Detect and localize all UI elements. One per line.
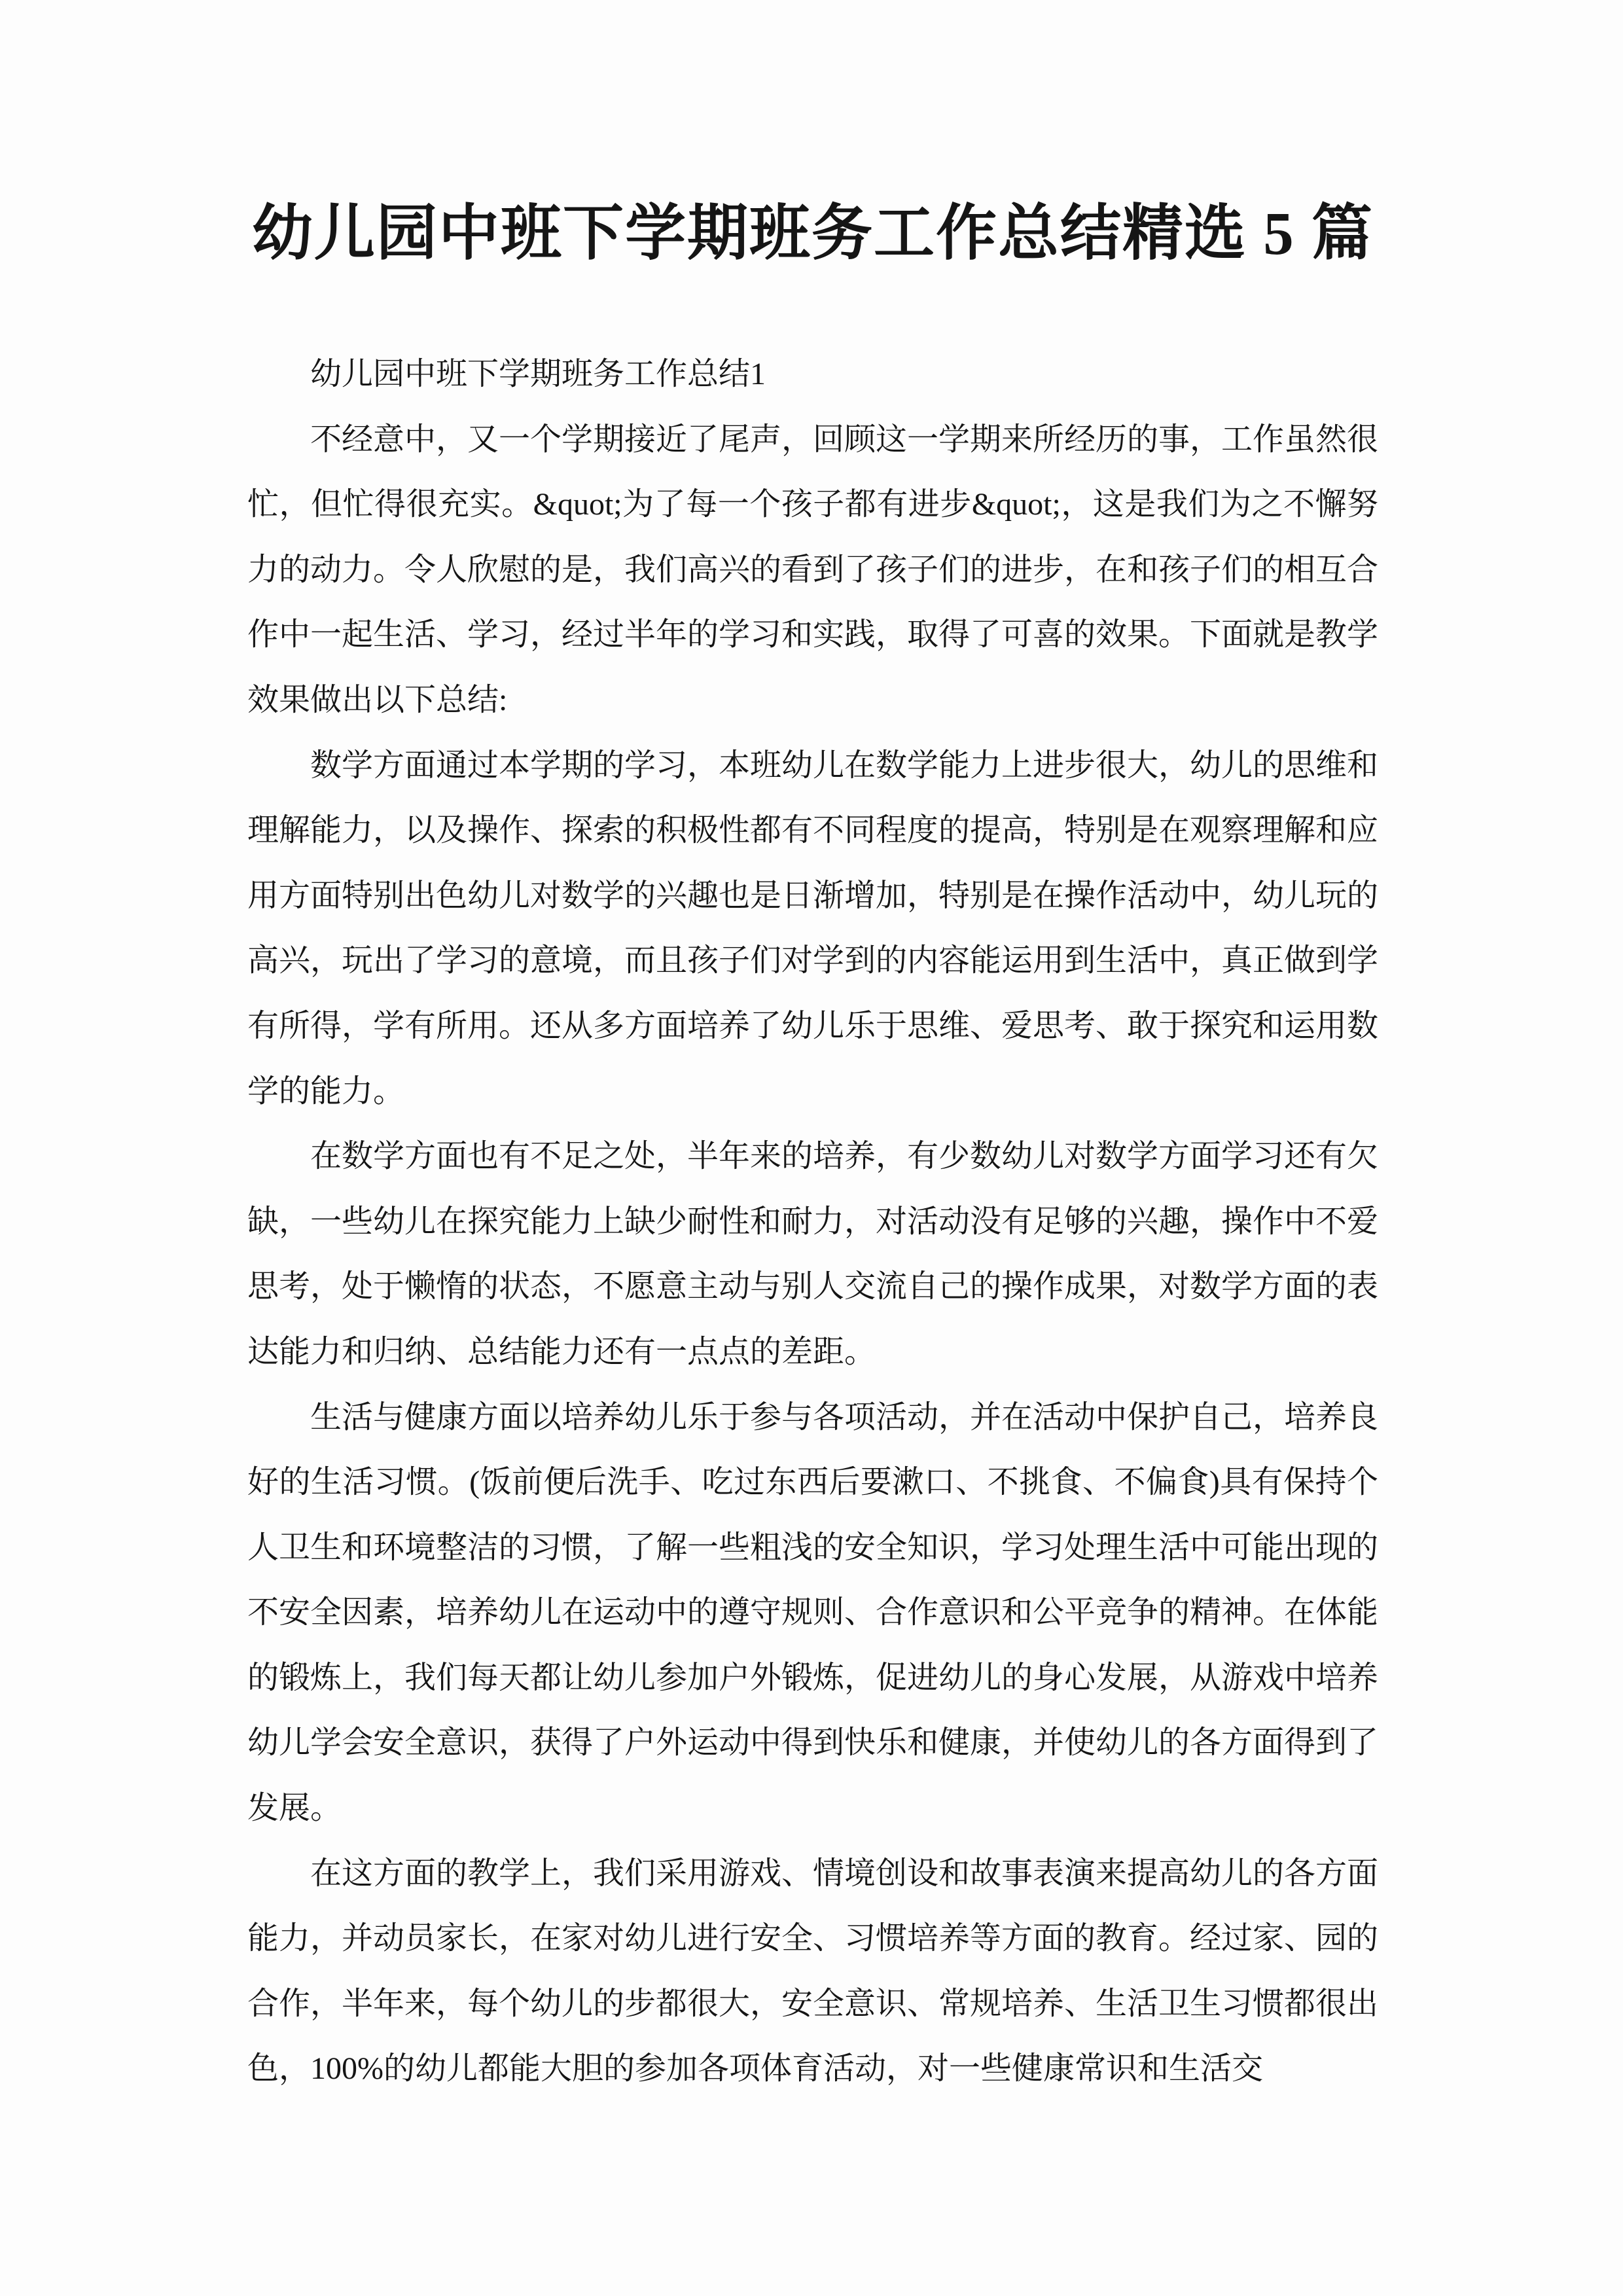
paragraph-life-health: 生活与健康方面以培养幼儿乐于参与各项活动，并在活动中保护自己，培养良好的生活习惯… — [247, 1385, 1378, 1841]
paragraph-teaching-methods: 在这方面的教学上，我们采用游戏、情境创设和故事表演来提高幼儿的各方面能力，并动员… — [247, 1841, 1378, 2102]
paragraph-math-progress: 数学方面通过本学期的学习，本班幼儿在数学能力上进步很大，幼儿的思维和理解能力，以… — [247, 733, 1378, 1124]
document-body: 幼儿园中班下学期班务工作总结1 不经意中，又一个学期接近了尾声，回顾这一学期来所… — [247, 342, 1378, 2102]
paragraph-subtitle: 幼儿园中班下学期班务工作总结1 — [247, 342, 1378, 407]
paragraph-math-shortcomings: 在数学方面也有不足之处，半年来的培养，有少数幼儿对数学方面学习还有欠缺，一些幼儿… — [247, 1124, 1378, 1384]
document-page: 幼儿园中班下学期班务工作总结精选 5 篇 幼儿园中班下学期班务工作总结1 不经意… — [0, 0, 1623, 2296]
document-title: 幼儿园中班下学期班务工作总结精选 5 篇 — [247, 203, 1378, 266]
paragraph-intro: 不经意中，又一个学期接近了尾声，回顾这一学期来所经历的事，工作虽然很忙，但忙得很… — [247, 407, 1378, 733]
